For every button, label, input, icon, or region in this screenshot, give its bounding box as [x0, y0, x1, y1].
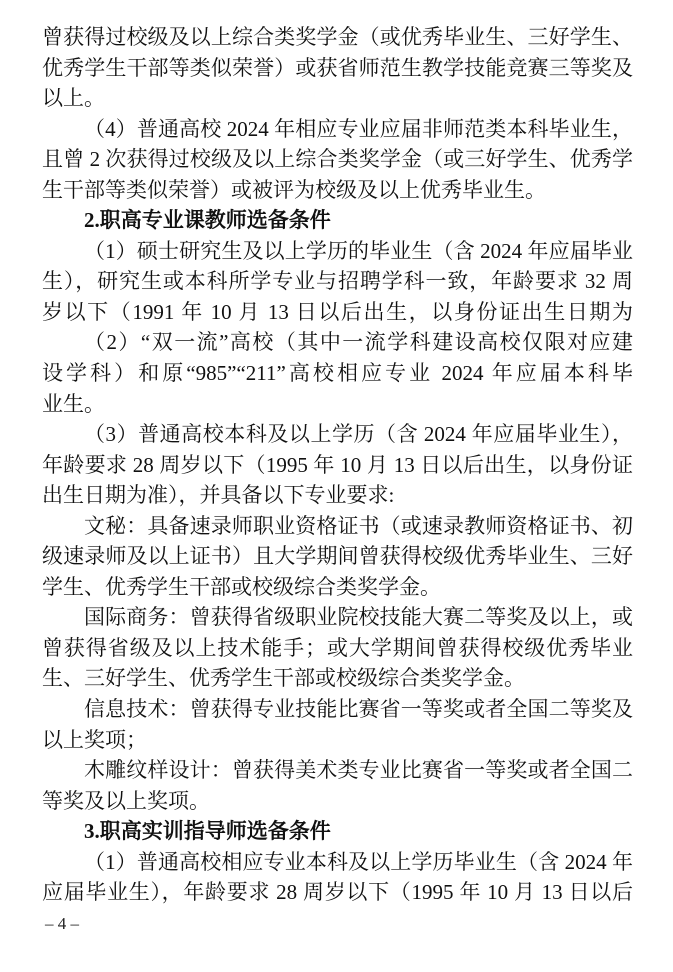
text-line: 文秘：具备速录师职业资格证书（或速录教师资格证书、初 — [42, 511, 633, 542]
text-line: 生、三好学生、优秀学生干部或校级综合类奖学金。 — [42, 663, 633, 694]
text-line: 岁以下（1991 年 10 月 13 日以后出生，以身份证出生日期为准）。 — [42, 297, 633, 328]
section-heading: 2.职高专业课教师选备条件 — [42, 205, 633, 236]
text-line: 生），研究生或本科所学专业与招聘学科一致，年龄要求 32 周 — [42, 266, 633, 297]
text-line: 等奖及以上奖项。 — [42, 786, 633, 817]
text-line: 信息技术：曾获得专业技能比赛省一等奖或者全国二等奖及 — [42, 694, 633, 725]
text-line: 国际商务：曾获得省级职业院校技能大赛二等奖及以上，或 — [42, 602, 633, 633]
text-line: 应届毕业生），年龄要求 28 周岁以下（1995 年 10 月 13 日以后 — [42, 877, 633, 908]
text-line: 且曾 2 次获得过校级及以上综合类奖学金（或三好学生、优秀学 — [42, 144, 633, 175]
text-line: 年龄要求 28 周岁以下（1995 年 10 月 13 日以后出生，以身份证 — [42, 450, 633, 481]
text-line: （1）普通高校相应专业本科及以上学历毕业生（含 2024 年 — [42, 847, 633, 878]
text-line: 以上。 — [42, 83, 633, 114]
text-line: 出生日期为准），并具备以下专业要求: — [42, 480, 633, 511]
text-line: 设学科）和原“985”“211”高校相应专业 2024 年应届本科毕 — [42, 358, 633, 389]
text-line: 以上奖项； — [42, 725, 633, 756]
text-line: 级速录师及以上证书）且大学期间曾获得校级优秀毕业生、三好 — [42, 541, 633, 572]
text-line: （3）普通高校本科及以上学历（含 2024 年应届毕业生）， — [42, 419, 633, 450]
text-line: （2）“双一流”高校（其中一流学科建设高校仅限对应建 — [42, 327, 633, 358]
section-heading: 3.职高实训指导师选备条件 — [42, 816, 633, 847]
page-number: – 4 – — [45, 913, 79, 935]
text-line: 业生。 — [42, 389, 633, 420]
document-body: 曾获得过校级及以上综合类奖学金（或优秀毕业生、三好学生、 优秀学生干部等类似荣誉… — [42, 22, 633, 908]
document-page: 曾获得过校级及以上综合类奖学金（或优秀毕业生、三好学生、 优秀学生干部等类似荣誉… — [0, 0, 673, 972]
text-line: 曾获得省级及以上技术能手；或大学期间曾获得校级优秀毕业 — [42, 633, 633, 664]
text-line: （1）硕士研究生及以上学历的毕业生（含 2024 年应届毕业 — [42, 236, 633, 267]
text-line: （4）普通高校 2024 年相应专业应届非师范类本科毕业生， — [42, 114, 633, 145]
text-line: 学生、优秀学生干部或校级综合类奖学金。 — [42, 572, 633, 603]
text-line: 木雕纹样设计：曾获得美术类专业比赛省一等奖或者全国二 — [42, 755, 633, 786]
text-line: 曾获得过校级及以上综合类奖学金（或优秀毕业生、三好学生、 — [42, 22, 633, 53]
text-line: 生干部等类似荣誉）或被评为校级及以上优秀毕业生。 — [42, 175, 633, 206]
text-line: 优秀学生干部等类似荣誉）或获省师范生教学技能竞赛三等奖及 — [42, 53, 633, 84]
